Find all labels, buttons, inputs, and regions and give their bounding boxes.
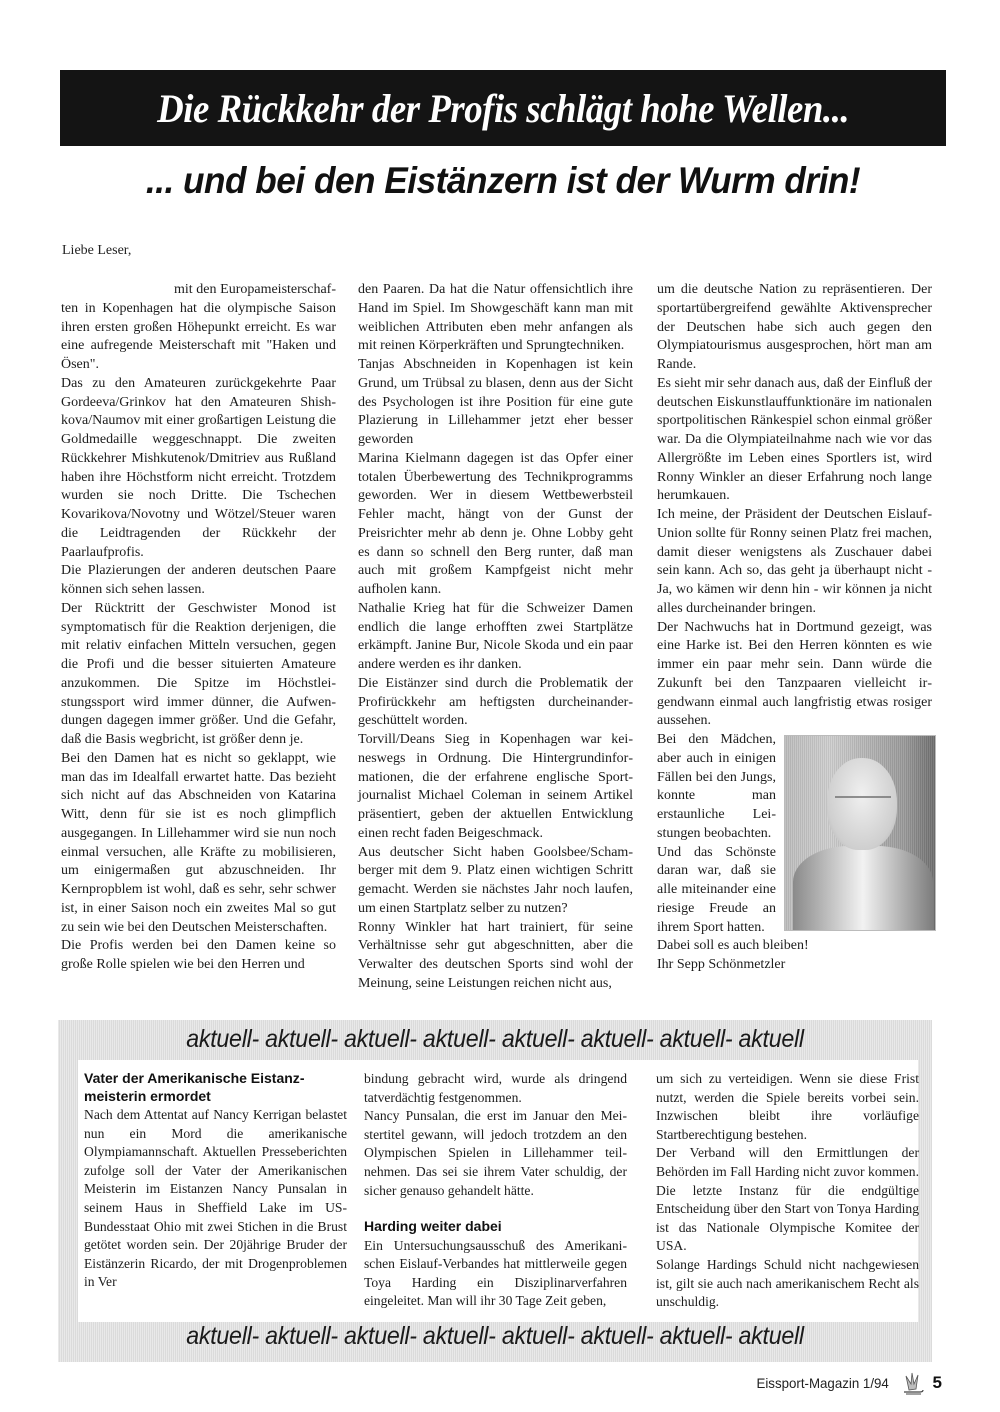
paragraph: Ich meine, der Präsident der Deutschen E… — [657, 506, 932, 619]
paragraph: Nach dem Attentat auf Nancy Kerrigan bel… — [84, 1106, 347, 1292]
salutation: Liebe Leser, — [62, 243, 131, 259]
editorial-column-2: den Paaren. Da hat die Natur offensichtl… — [358, 281, 633, 994]
photo-wrap-section: Bei den Mädchen, aber auch in eini­gen F… — [657, 731, 932, 937]
news-headline-1: Vater der Amerikanische Eistanz­meisteri… — [84, 1070, 347, 1105]
photo-glasses — [835, 796, 891, 808]
paragraph: Das zu den Amateuren zurückgekehrte Paar… — [61, 375, 336, 563]
paragraph: Nathalie Krieg hat für die Schweizer Dam… — [358, 600, 633, 675]
paragraph: den Paaren. Da hat die Natur offensichtl… — [358, 281, 633, 356]
editorial-column-1: mit den Europameisterschaf­ten in Kopenh… — [61, 281, 336, 975]
photo-coat — [793, 846, 933, 931]
paragraph: um die deutsche Nation zu repräsentieren… — [657, 281, 932, 375]
aktuell-banner-bottom: aktuell- aktuell- aktuell- aktuell- aktu… — [89, 1322, 902, 1351]
paragraph: um sich zu verteidigen. Wenn sie diese F… — [656, 1070, 919, 1144]
paragraph: Der Verband will den Ermittlungen der Be… — [656, 1144, 919, 1256]
headline-subtitle: ... und bei den Eistänzern ist der Wurm … — [82, 160, 924, 202]
signature: Ihr Sepp Schönmetzler — [657, 956, 932, 975]
paragraph: Bei den Damen hat es nicht so geklappt, … — [61, 750, 336, 938]
publication-name: Eissport-Magazin 1/94 — [757, 1375, 889, 1391]
paragraph: Ronny Winkler hat hart trainiert, für se… — [358, 919, 633, 994]
paragraph: Der Rücktritt der Geschwister Monod ist … — [61, 600, 336, 750]
news-column-2: bindung gebracht wird, wurde als dringen… — [364, 1070, 627, 1311]
paragraph: bindung gebracht wird, wurde als dringen… — [364, 1070, 627, 1107]
news-column-1: Vater der Amerikanische Eistanz­meisteri… — [84, 1070, 347, 1292]
editorial-column-3: um die deutsche Nation zu repräsentieren… — [657, 281, 932, 975]
spacer — [364, 1200, 627, 1218]
news-panel: Vater der Amerikanische Eistanz­meisteri… — [78, 1060, 918, 1322]
paragraph: Es sieht mir sehr danach aus, daß der Ei… — [657, 375, 932, 506]
paragraph: Ein Untersuchungsausschuß des Amerikani­… — [364, 1237, 627, 1311]
paragraph: Der Nachwuchs hat in Dortmund gezeigt, w… — [657, 619, 932, 732]
paragraph: Die Profis werden bei den Damen keine so… — [61, 937, 336, 975]
paragraph: Torvill/Deans Sieg in Kopenhagen war kei… — [358, 731, 633, 844]
paragraph: Marina Kielmann dagegen ist das Opfer ei… — [358, 450, 633, 600]
paragraph: Aus deutscher Sicht haben Goolsbee/Scham… — [358, 844, 633, 919]
page-footer: Eissport-Magazin 1/94 5 — [753, 1370, 942, 1396]
paragraph: Tanjas Abschneiden in Kopenhagen ist kei… — [358, 356, 633, 450]
skate-wing-logo-icon — [901, 1370, 925, 1396]
news-box: aktuell- aktuell- aktuell- aktuell- aktu… — [58, 1020, 932, 1362]
news-headline-2: Harding weiter dabei — [364, 1218, 627, 1236]
paragraph: Die Plazierungen der anderen deutschen P… — [61, 562, 336, 600]
paragraph: Solange Hardings Schuld nicht nachge­wie… — [656, 1256, 919, 1312]
news-column-3: um sich zu verteidigen. Wenn sie diese F… — [656, 1070, 919, 1312]
headline-banner: Die Rückkehr der Profis schlägt hohe Wel… — [60, 70, 946, 146]
author-photo — [784, 735, 936, 931]
paragraph: mit den Europameisterschaf­ten in Kopenh… — [61, 281, 336, 375]
page-number: 5 — [933, 1373, 942, 1393]
paragraph: Die Eistänzer sind durch die Problematik… — [358, 675, 633, 731]
closing-line: Dabei soll es auch bleiben! — [657, 937, 932, 956]
paragraph: Nancy Punsalan, die erst im Januar den M… — [364, 1107, 627, 1200]
headline-title: Die Rückkehr der Profis schlägt hohe Wel… — [157, 85, 849, 132]
aktuell-banner-top: aktuell- aktuell- aktuell- aktuell- aktu… — [89, 1025, 902, 1054]
